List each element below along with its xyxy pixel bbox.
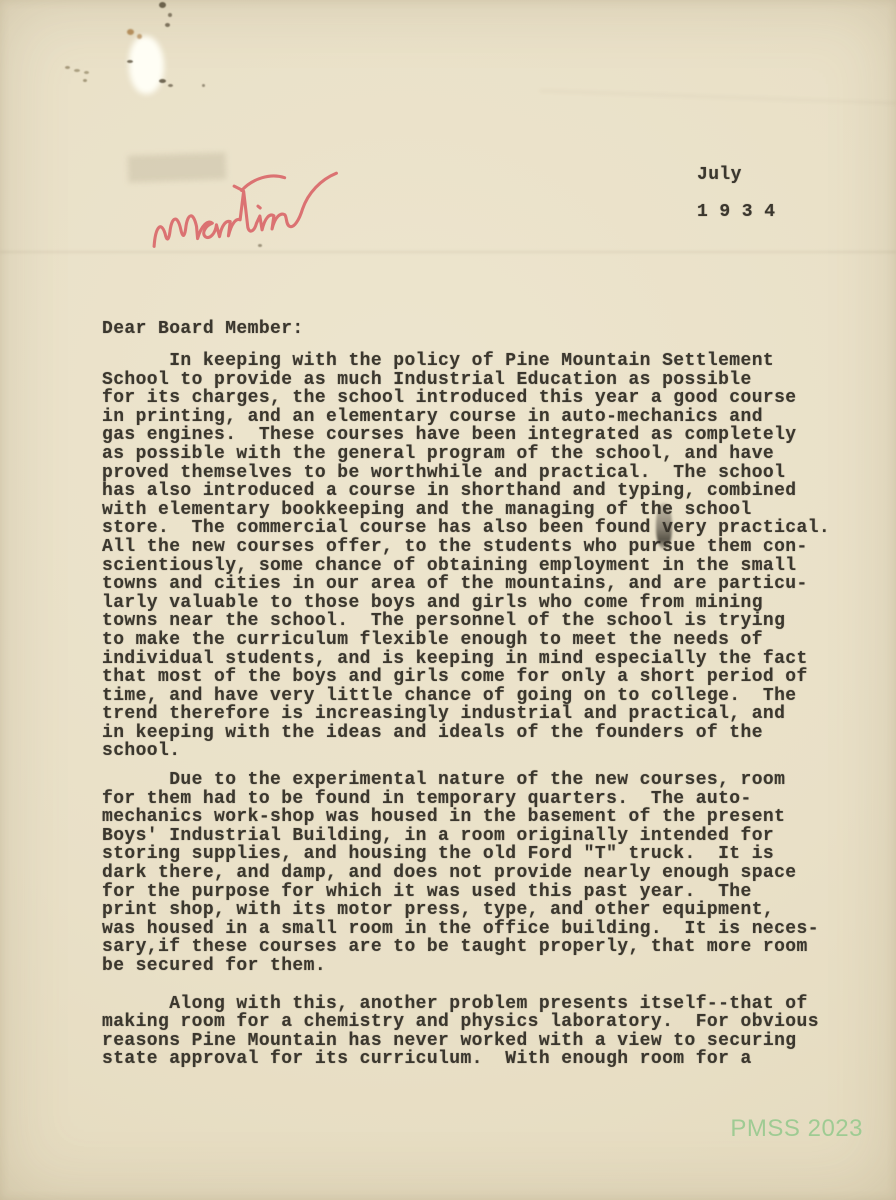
salutation: Dear Board Member: (102, 319, 304, 339)
paper-crease (0, 251, 896, 253)
date-block: July 1 9 3 4 (697, 165, 775, 222)
typed-line: for its charges, the school introduced t… (102, 389, 830, 408)
paper-speck (84, 71, 89, 74)
typed-line: towns and cities in our area of the moun… (102, 575, 830, 594)
paper-speck (168, 84, 173, 87)
paper-speck (159, 79, 166, 83)
typed-line: sary,if these courses are to be taught p… (102, 938, 830, 957)
typed-line: state approval for its curriculum. With … (102, 1050, 830, 1069)
typed-line: print shop, with its motor press, type, … (102, 901, 830, 920)
date-month: July (697, 165, 775, 185)
typed-line: be secured for them. (102, 957, 830, 976)
handwritten-annotation-martin (136, 113, 388, 283)
typed-line: as possible with the general program of … (102, 445, 830, 464)
typed-line: mechanics work-shop was housed in the ba… (102, 808, 830, 827)
typed-line: larly valuable to those boys and girls w… (102, 594, 830, 613)
typed-line: has also introduced a course in shorthan… (102, 482, 830, 501)
rust-speck (127, 29, 134, 35)
typed-line: to make the curriculum flexible enough t… (102, 631, 830, 650)
typed-line: reasons Pine Mountain has never worked w… (102, 1032, 830, 1051)
typed-line: store. The commercial course has also be… (102, 519, 830, 538)
typed-line: was housed in a small room in the office… (102, 920, 830, 939)
typed-line: time, and have very little chance of goi… (102, 687, 830, 706)
typed-line: All the new courses offer, to the studen… (102, 538, 830, 557)
paper-speck (165, 23, 170, 27)
paper-speck (83, 79, 87, 82)
typed-line: with elementary bookkeeping and the mana… (102, 501, 830, 520)
typed-line: gas engines. These courses have been int… (102, 426, 830, 445)
typed-line: in printing, and an elementary course in… (102, 408, 830, 427)
ink-smudge (656, 503, 672, 549)
typed-line: towns near the school. The personnel of … (102, 612, 830, 631)
paper-speck (168, 13, 172, 17)
typed-line: making room for a chemistry and physics … (102, 1013, 830, 1032)
typed-line: for them had to be found in temporary qu… (102, 790, 830, 809)
paper-speck (202, 84, 205, 87)
signature-i-dot (258, 206, 260, 208)
typed-line: Along with this, another problem present… (102, 995, 830, 1014)
typed-line: individual students, and is keeping in m… (102, 650, 830, 669)
typed-line: Boys' Industrial Building, in a room ori… (102, 827, 830, 846)
typed-line: storing supplies, and housing the old Fo… (102, 845, 830, 864)
scanned-letter-page: July 1 9 3 4 Dear Board Member: In keepi… (0, 0, 896, 1200)
paragraph: Along with this, another problem present… (102, 995, 830, 1069)
date-year: 1 9 3 4 (697, 202, 775, 222)
typed-line: Due to the experimental nature of the ne… (102, 771, 830, 790)
archive-watermark: PMSS 2023 (730, 1115, 863, 1143)
paper-crease (540, 90, 896, 104)
paper-speck (127, 60, 133, 63)
typed-line: in keeping with the ideas and ideals of … (102, 724, 830, 743)
paper-speck (74, 69, 80, 72)
typed-line: for the purpose for which it was used th… (102, 883, 830, 902)
typed-line: proved themselves to be worthwhile and p… (102, 464, 830, 483)
typed-line: scientiously, some chance of obtaining e… (102, 557, 830, 576)
paragraph: Due to the experimental nature of the ne… (102, 771, 830, 976)
typed-line: School to provide as much Industrial Edu… (102, 371, 830, 390)
paper-tear-mark (129, 36, 164, 94)
paper-speck (65, 66, 70, 69)
paragraph: In keeping with the policy of Pine Mount… (102, 352, 830, 761)
rust-speck (137, 34, 142, 39)
typed-line: dark there, and damp, and does not provi… (102, 864, 830, 883)
typed-line: that most of the boys and girls come for… (102, 668, 830, 687)
typed-line: In keeping with the policy of Pine Mount… (102, 352, 830, 371)
signature-t-cross-tick (234, 185, 242, 191)
typed-line: trend therefore is increasingly industri… (102, 705, 830, 724)
letter-body: In keeping with the policy of Pine Mount… (102, 352, 830, 1069)
signature-stroke (149, 173, 341, 246)
signature-t-cross (241, 175, 286, 191)
paper-speck (159, 2, 166, 8)
typed-line: school. (102, 742, 830, 761)
